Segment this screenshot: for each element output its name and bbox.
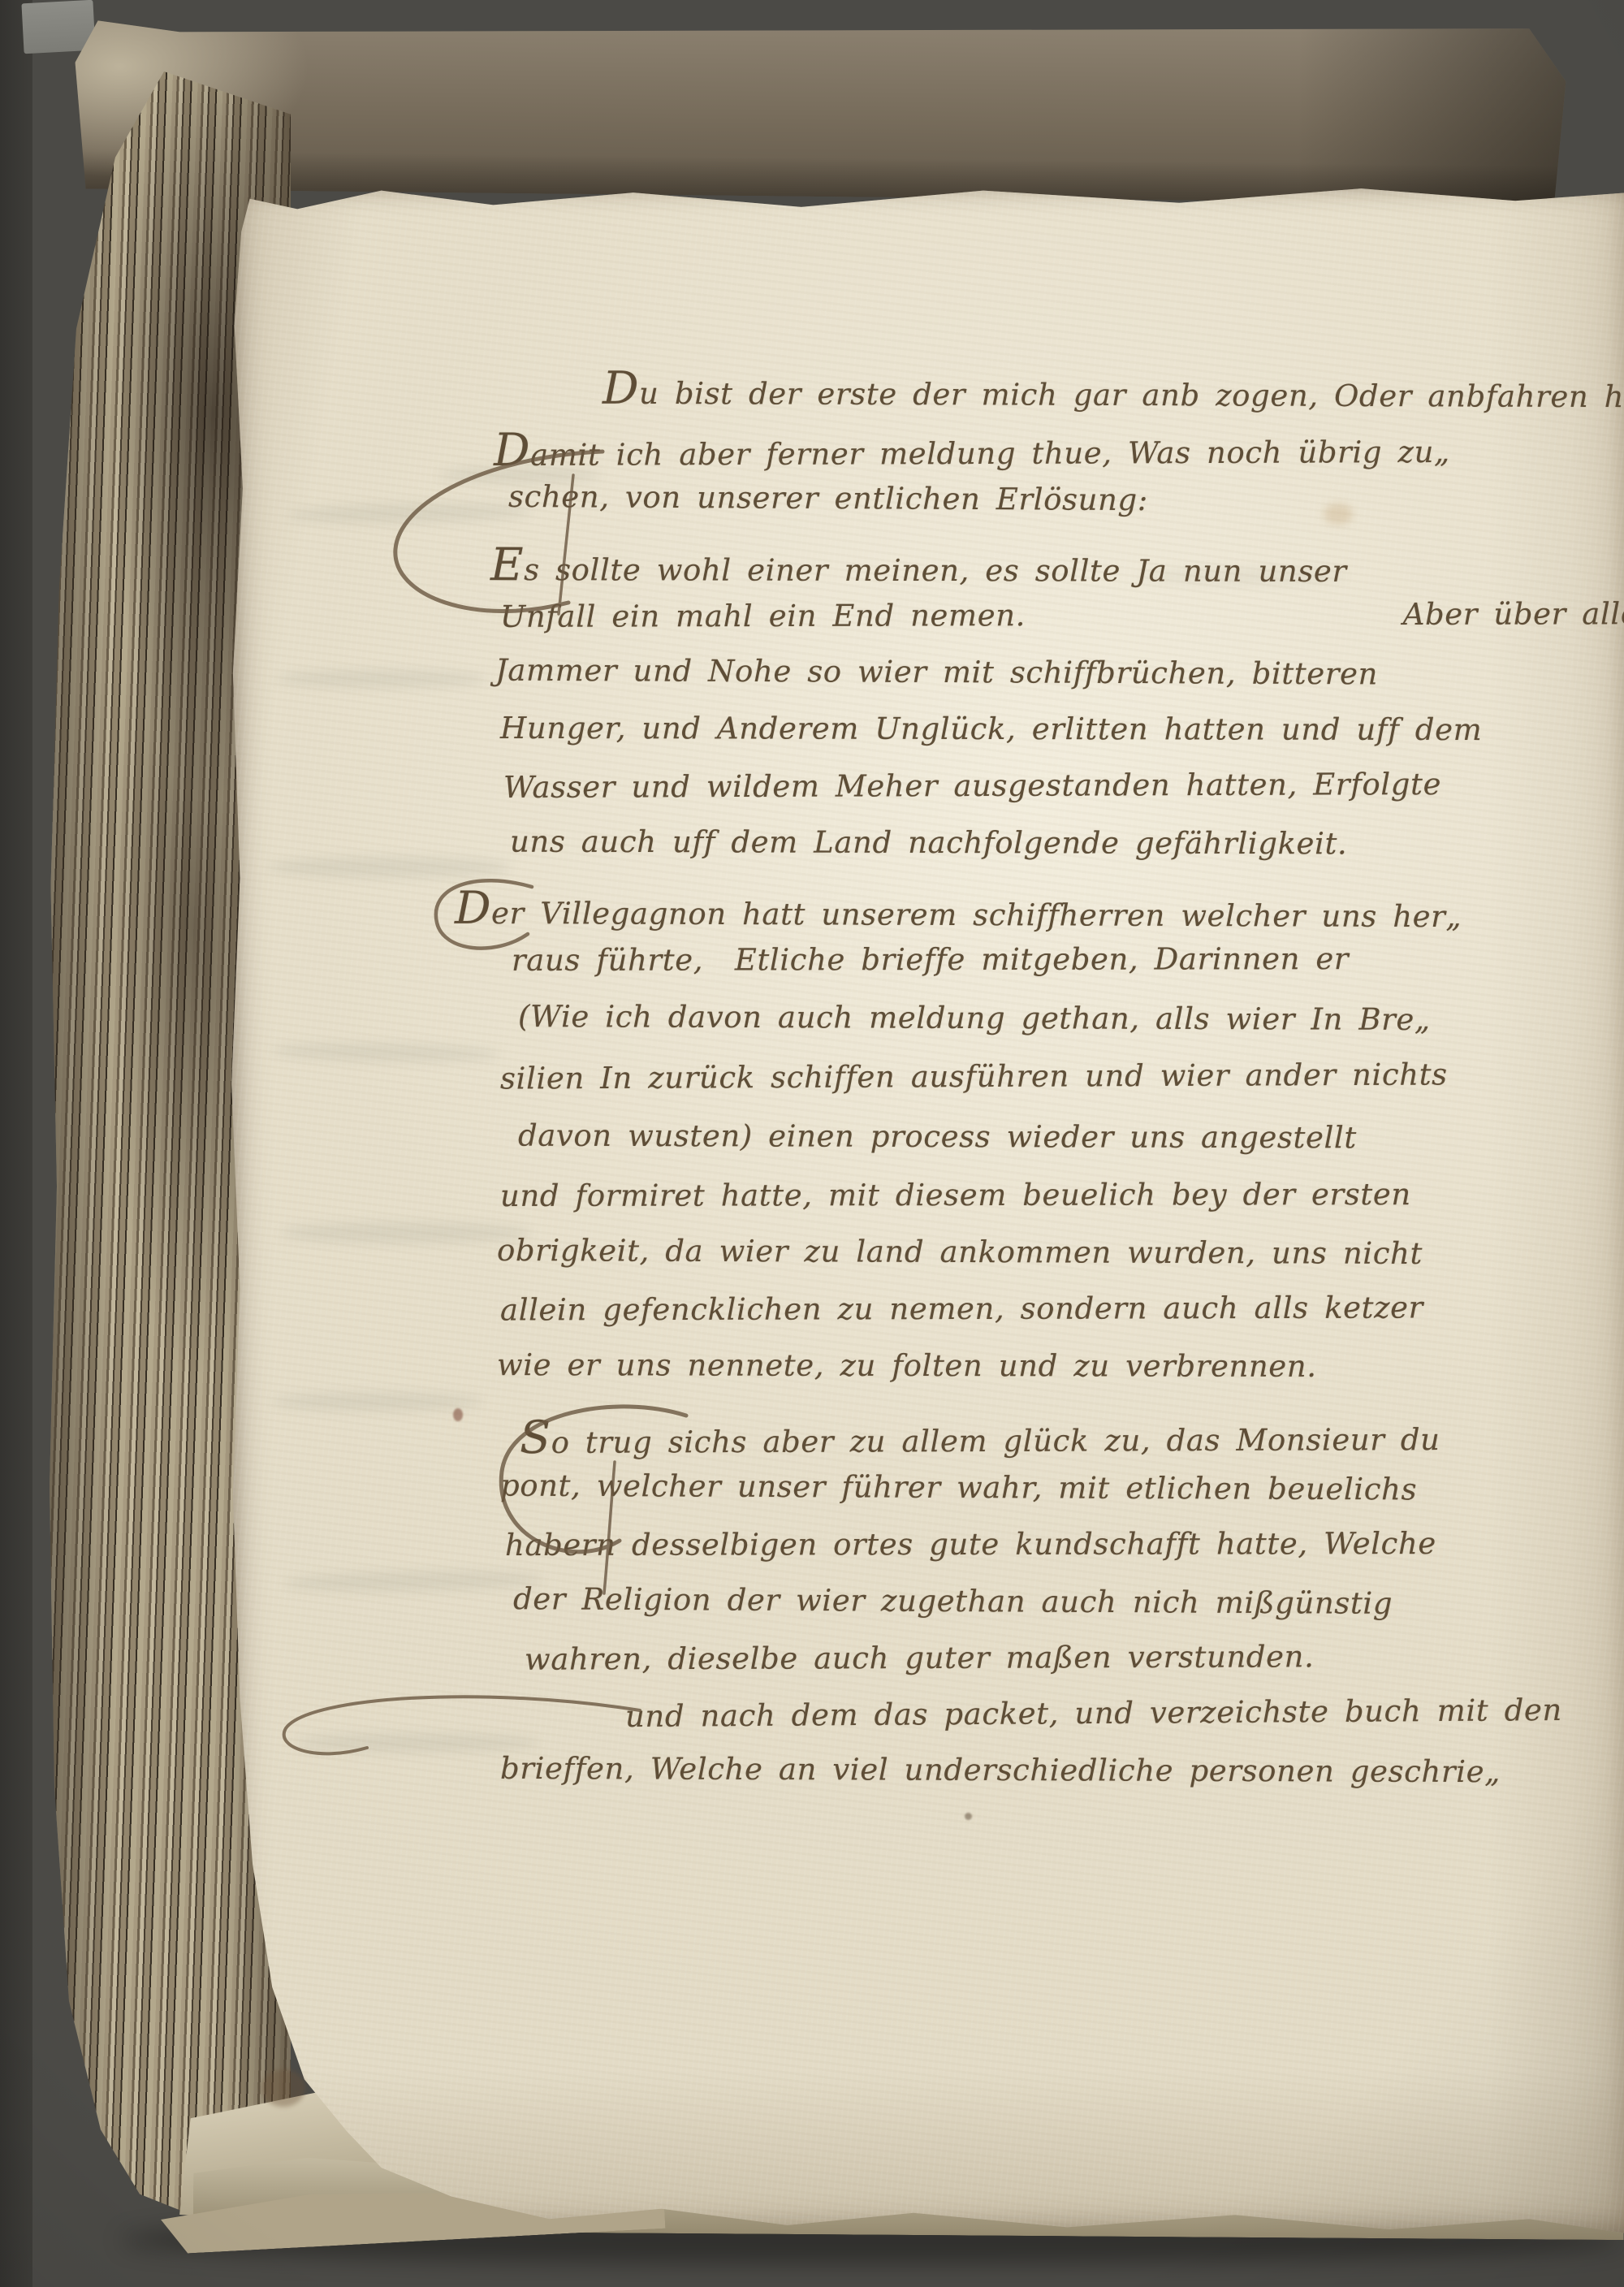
- manuscript-line-20: pont, welcher unser führer wahr, mit etl…: [500, 1468, 1417, 1507]
- foxing-spot: [1324, 504, 1353, 525]
- manuscript-line-23: wahren, dieselbe auch guter maßen verstu…: [525, 1639, 1315, 1676]
- manuscript-line-3: schen, von unserer entlichen Erlösung:: [508, 479, 1148, 517]
- manuscript-line-14: davon wusten) einen process wieder uns a…: [518, 1118, 1357, 1156]
- ink-speck: [453, 1408, 463, 1421]
- manuscript-line-8: Wasser und wildem Meher ausgestanden hat…: [503, 767, 1441, 805]
- ink-showthrough: [280, 1222, 532, 1243]
- manuscript-line-16: obrigkeit, da wier zu land ankommen wurd…: [497, 1233, 1423, 1271]
- manuscript-line-4: Es sollte wohl einer meinen, es sollte J…: [490, 538, 1347, 593]
- manuscript-line-13: silien In zurück schiffen ausführen und …: [500, 1057, 1448, 1096]
- manuscript-line-7: Hunger, und Anderem Unglück, erlitten ha…: [500, 711, 1482, 747]
- ink-showthrough: [276, 670, 487, 688]
- manuscript-line-1: Du bist der erste der mich gar anb zogen…: [603, 362, 1624, 419]
- manuscript-line-9: uns auch uff dem Land nachfolgende gefäh…: [510, 824, 1347, 862]
- manuscript-line-25: brieffen, Welche an viel underschiedlich…: [500, 1751, 1501, 1789]
- manuscript-line-6: Jammer und Nohe so wier mit schiffbrüche…: [495, 653, 1378, 692]
- manuscript-line-11: raus führte, Etliche brieffe mitgeben, D…: [512, 941, 1349, 978]
- ink-speck: [965, 1813, 972, 1820]
- manuscript-photo-scene: Du bist der erste der mich gar anb zogen…: [0, 0, 1624, 2287]
- manuscript-line-17: allein gefencklichen zu nemen, sondern a…: [500, 1290, 1423, 1328]
- manuscript-line-12: (Wie ich davon auch meldung gethan, alls…: [518, 999, 1431, 1037]
- manuscript-line-18: wie er uns nennete, zu folten und zu ver…: [497, 1347, 1317, 1384]
- manuscript-line-5: Unfall ein mahl ein End nemen. Aber über…: [500, 596, 1624, 634]
- photo-left-edge: [0, 0, 32, 2287]
- ink-showthrough: [268, 857, 512, 878]
- ink-showthrough: [296, 1734, 540, 1752]
- manuscript-line-19: So trug sichs aber zu allem glück zu, da…: [520, 1408, 1440, 1464]
- manuscript-line-24: und nach dem das packet, und verzeichste…: [625, 1693, 1562, 1734]
- ink-smudge: [261, 2069, 305, 2107]
- manuscript-line-22: der Religion der wier zugethan auch nich…: [513, 1581, 1393, 1621]
- manuscript-line-10: Der Villegagnon hatt unserem schiffherre…: [455, 882, 1462, 938]
- parchment-cover-board: [74, 13, 1566, 204]
- manuscript-line-15: und formiret hatte, mit diesem beuelich …: [500, 1177, 1411, 1213]
- manuscript-line-21: habern desselbigen ortes gute kundschaff…: [505, 1526, 1436, 1563]
- ink-showthrough: [272, 1393, 483, 1411]
- manuscript-line-2: Damit ich aber ferner meldung thue, Was …: [494, 421, 1450, 477]
